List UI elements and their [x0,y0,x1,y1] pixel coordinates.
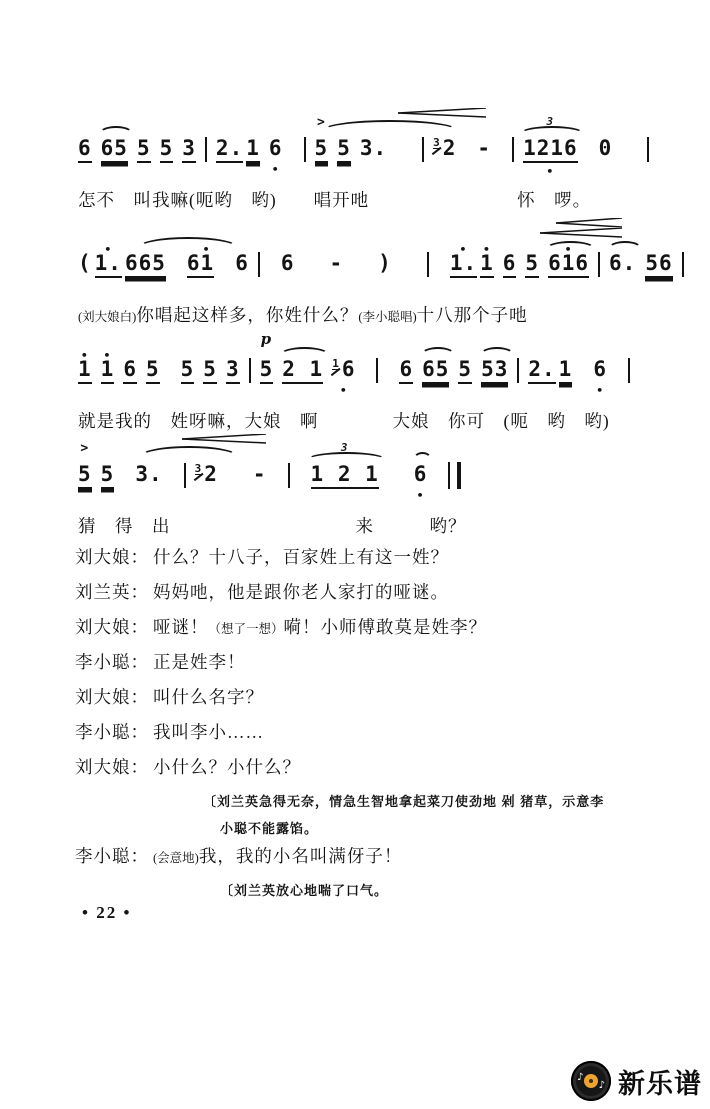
barline [258,252,260,277]
slur-arc [280,347,329,362]
barline [249,358,251,383]
lyric-text: 你唱起这样多，你姓什么？ [136,305,358,325]
note-digits: - [253,464,267,487]
hairpin-icon [182,432,266,450]
note-token: 1216•3 [523,138,578,163]
note-token: 5 [525,253,539,278]
music-line-3: 1•1•655535p2 116•6655532.16• 就是我的 姓呀嘛，大娘… [0,359,710,433]
note-token: 5 [137,138,151,163]
slur-arc [520,126,584,141]
note-token: 6 [281,253,295,276]
notes-row-1: 6655532.16•5>53.32-1216•30 [0,138,710,172]
dialogue-row: 刘大娘：小什么？小什么？ [75,750,680,785]
dialogue-text: 妈妈吔，他是跟你老人家打的哑谜。 [153,582,449,602]
note-token: 6• [269,138,283,161]
note-token: 1• [78,359,92,384]
dialogue-row: 刘大娘：什么？十八子，百家姓上有这一姓？ [75,540,680,575]
note-token: ) [378,253,392,276]
slur-arc [480,347,514,362]
note-digits: 6 [281,253,295,276]
note-token: - [477,138,491,161]
note-digits: 1. [450,253,477,278]
dialogue-text: 叫什么名字？ [153,687,264,707]
note-digits: 616 [548,253,589,278]
note-digits: 6 [342,359,356,382]
note-digits: 5 [101,464,115,489]
lyrics-row-4: 猜 得 出 来 哟？ [0,513,710,538]
note-token: 1• [101,359,115,384]
note-token: 1 [559,359,573,384]
note-digits: 5 [203,359,217,384]
lyrics-row-3: 就是我的 姓呀嘛，大娘 啊 大娘 你可 (呃 哟 哟) [0,408,710,433]
speaker-label: 李小聪： [75,652,149,672]
barline [628,358,630,383]
speaker-label: 刘大娘： [75,547,149,567]
note-token: 3. [360,138,387,161]
speaker-label: 刘大娘： [75,687,149,707]
music-line-4: 5>53.32-1 2 136• 猜 得 出 来 哟？ [0,464,710,538]
speaker-label: 李小聪： [75,722,149,742]
note-digits: 2 [204,464,218,487]
barline [682,252,684,277]
dialogue-text: 正是姓李！ [153,652,246,672]
notes-row-4: 5>53.32-1 2 136• [0,464,710,498]
note-digits: 3. [135,464,162,487]
dynamic-mark: p [261,332,273,347]
note-token: 6 [123,359,137,384]
note-digits: 3. [360,138,387,161]
note-token: 6. [609,253,636,276]
dialogue-row: 李小聪：我叫李小…… [75,715,680,750]
dialogue-row: 刘大娘：哑谜！（想了一想）嗬！小师傅敢莫是姓李？ [75,610,680,645]
note-digits: 5 [137,138,151,163]
barline [304,137,306,162]
dialogue-text: (会意地) [153,851,199,865]
note-digits: 2 [443,138,457,161]
stage-direction: 小聪不能露馅。 [220,819,680,839]
note-token: 6 [235,253,249,276]
note-digits: 5 [160,138,174,163]
note-digits: 5 [337,138,351,163]
speaker-label: 刘兰英： [75,582,149,602]
note-token: 5> [315,138,329,163]
dialogue-text: 哑谜！ [153,617,209,637]
note-digits: 1 [246,138,260,163]
barline [288,463,290,488]
octave-dot-above: • [483,244,491,255]
barline [598,252,600,277]
note-digits: 0 [599,138,613,161]
lyric-text: (刘大娘白) [78,310,136,324]
note-token: 616• [548,253,589,278]
music-note-icon: ♪ [577,1073,583,1083]
notes-row-2: (1.•66561•66-)1.•1•65616•6.56 [0,253,710,287]
note-token: 6• [414,464,428,487]
music-note-icon: ♪ [599,1081,605,1091]
note-token: 5 [181,359,195,384]
note-token: 1 2 13 [311,464,379,489]
note-digits: 6 [78,138,92,163]
note-token: 5 [101,464,115,489]
octave-dot-above: • [104,350,112,361]
hairpin-icon [556,216,622,234]
barline [376,358,378,383]
note-digits: 1216 [523,138,578,163]
speaker-label: 刘大娘： [75,617,149,637]
note-digits: ( [78,253,92,276]
note-token: 6 [78,138,92,163]
lyric-text: (李小聪唱) [358,310,416,324]
grace-note: 1 [332,358,340,370]
dialogue-text: 嗬！小师傅敢莫是姓李？ [284,617,488,637]
lyric-text: 怎不 叫我嘛(呃哟 哟) 唱开吔 怀 啰。 [78,190,591,210]
slur-arc [413,452,432,467]
final-barline [448,462,461,489]
note-token: 5 [146,359,160,384]
music-line-2: (1.•66561•66-)1.•1•65616•6.56 (刘大娘白)你唱起这… [0,253,710,327]
accent-mark: > [80,442,89,455]
note-digits: - [477,138,491,161]
dialogue-text: 什么？十八子，百家姓上有这一姓？ [153,547,449,567]
note-digits: 3 [182,138,196,163]
speaker-label: 刘大娘： [75,757,149,777]
note-token: 3 [226,359,240,384]
note-digits: 5 [525,253,539,278]
barline [512,137,514,162]
record-hole [589,1079,593,1083]
note-digits: 5 [260,359,274,384]
note-digits: 1 [101,359,115,384]
dialogue-row: 刘兰英：妈妈吔，他是跟你老人家打的哑谜。 [75,575,680,610]
note-token: 5 [458,359,472,384]
octave-dot-above: • [104,244,112,255]
note-token: 1.• [95,253,122,278]
note-token: 6• [593,359,607,382]
note-digits: 1. [95,253,122,278]
note-digits: 1 2 1 [311,464,379,489]
note-digits: 6 [593,359,607,382]
note-token: 5 [203,359,217,384]
dialogue-text: （想了一想） [209,622,284,636]
note-digits: 5 [458,359,472,384]
triplet-number: 3 [341,442,349,453]
vinyl-record-icon: ♪ ♪ [571,1061,611,1101]
barline [517,358,519,383]
stage-direction: 〔刘兰英放心地喘了口气。 [220,881,680,901]
note-digits: ) [378,253,392,276]
dialogue-text: 我叫李小…… [153,722,264,742]
note-token: 0 [599,138,613,161]
note-token: 2 1 [282,359,323,384]
note-token: 5 [337,138,351,163]
note-token: 3. [135,464,162,487]
note-digits: 1 [78,359,92,384]
note-token: - [253,464,267,487]
dialogue-row: 李小聪：正是姓李！ [75,645,680,680]
note-digits: 2. [216,138,243,163]
note-token: 53 [481,359,508,384]
note-digits: - [330,253,344,276]
sheet-music-page: 6655532.16•5>53.32-1216•30 怎不 叫我嘛(呃哟 哟) … [0,0,710,1109]
octave-dot-below: • [272,164,280,175]
note-token: 56 [645,253,672,278]
note-token: 665 [125,253,166,278]
brand-name: 新乐谱 [618,1062,702,1101]
note-digits: 5 [78,464,92,489]
note-token: 6 [399,359,413,384]
dialogue-row: 刘大娘：叫什么名字？ [75,680,680,715]
note-digits: 1 [480,253,494,278]
note-token: 2. [216,138,243,163]
note-token: 2. [528,359,555,384]
note-token: 1• [480,253,494,278]
note-digits: 5 [181,359,195,384]
dialogue-text: 小什么？小什么？ [153,757,301,777]
lyric-text: 十八那个子吔 [417,305,528,325]
note-token: 1 [246,138,260,163]
note-digits: 6 [123,359,137,384]
lyric-text: 猜 得 出 来 哟？ [78,516,467,536]
dialogue-section: 刘大娘：什么？十八子，百家姓上有这一姓？刘兰英：妈妈吔，他是跟你老人家打的哑谜。… [75,540,680,901]
note-digits: 53 [481,359,508,384]
note-digits: 1 [559,359,573,384]
barline [205,137,207,162]
note-digits: 65 [101,138,128,163]
octave-dot-above: • [460,244,468,255]
lyric-text: 就是我的 姓呀嘛，大娘 啊 大娘 你可 (呃 哟 哟) [78,411,610,431]
speaker-label: 李小聪： [75,846,149,866]
note-digits: 6 [269,138,283,161]
note-token: 5p [260,359,274,384]
dialogue-text: 我，我的小名叫满伢子！ [199,846,403,866]
barline [647,137,649,162]
note-token: 3 [182,138,196,163]
note-token: 16• [332,359,355,382]
octave-dot-below: • [340,385,348,396]
octave-dot-below: • [596,385,604,396]
note-token: 65 [422,359,449,384]
note-digits: 6 [399,359,413,384]
note-digits: 2. [528,359,555,384]
note-digits: 6. [609,253,636,276]
grace-note: 3 [433,137,441,149]
brand-logo: ♪ ♪ 新乐谱 [571,1061,702,1101]
note-token: 32 [433,138,456,161]
note-token: 5 [160,138,174,163]
octave-dot-below: • [417,490,425,501]
notes-row-3: 1•1•655535p2 116•6655532.16• [0,359,710,393]
note-token: 65 [101,138,128,163]
note-digits: 6 [503,253,517,278]
barline [422,137,424,162]
page-number: • 22 • [82,903,131,923]
note-digits: 3 [226,359,240,384]
note-digits: 5 [315,138,329,163]
long-slur [138,237,238,258]
note-digits: 2 1 [282,359,323,384]
stage-direction: 〔刘兰英急得无奈，情急生智地拿起菜刀使劲地 剁 猪草，示意李 [203,792,680,812]
note-digits: 5 [146,359,160,384]
lyrics-row-1: 怎不 叫我嘛(呃哟 哟) 唱开吔 怀 啰。 [0,187,710,212]
note-token: 6 [503,253,517,278]
slur-arc [307,452,386,467]
octave-dot-below: • [547,166,555,177]
hairpin-icon [398,106,486,124]
note-token: - [330,253,344,276]
barline [427,252,429,277]
lyrics-row-2: (刘大娘白)你唱起这样多，你姓什么？(李小聪唱)十八那个子吔 [0,302,710,327]
slur-arc [99,126,133,141]
note-token: ( [78,253,92,276]
note-digits: 65 [422,359,449,384]
note-digits: 6 [414,464,428,487]
note-token: 1.• [450,253,477,278]
octave-dot-above: • [81,350,89,361]
note-digits: 665 [125,253,166,278]
triplet-number: 3 [547,116,555,127]
note-digits: 6 [235,253,249,276]
note-token: 5> [78,464,92,489]
note-token: 32 [195,464,218,487]
dialogue-row: 李小聪：(会意地)我，我的小名叫满伢子！ [75,839,680,874]
music-line-1: 6655532.16•5>53.32-1216•30 怎不 叫我嘛(呃哟 哟) … [0,138,710,212]
slur-arc [421,347,455,362]
note-digits: 56 [645,253,672,278]
